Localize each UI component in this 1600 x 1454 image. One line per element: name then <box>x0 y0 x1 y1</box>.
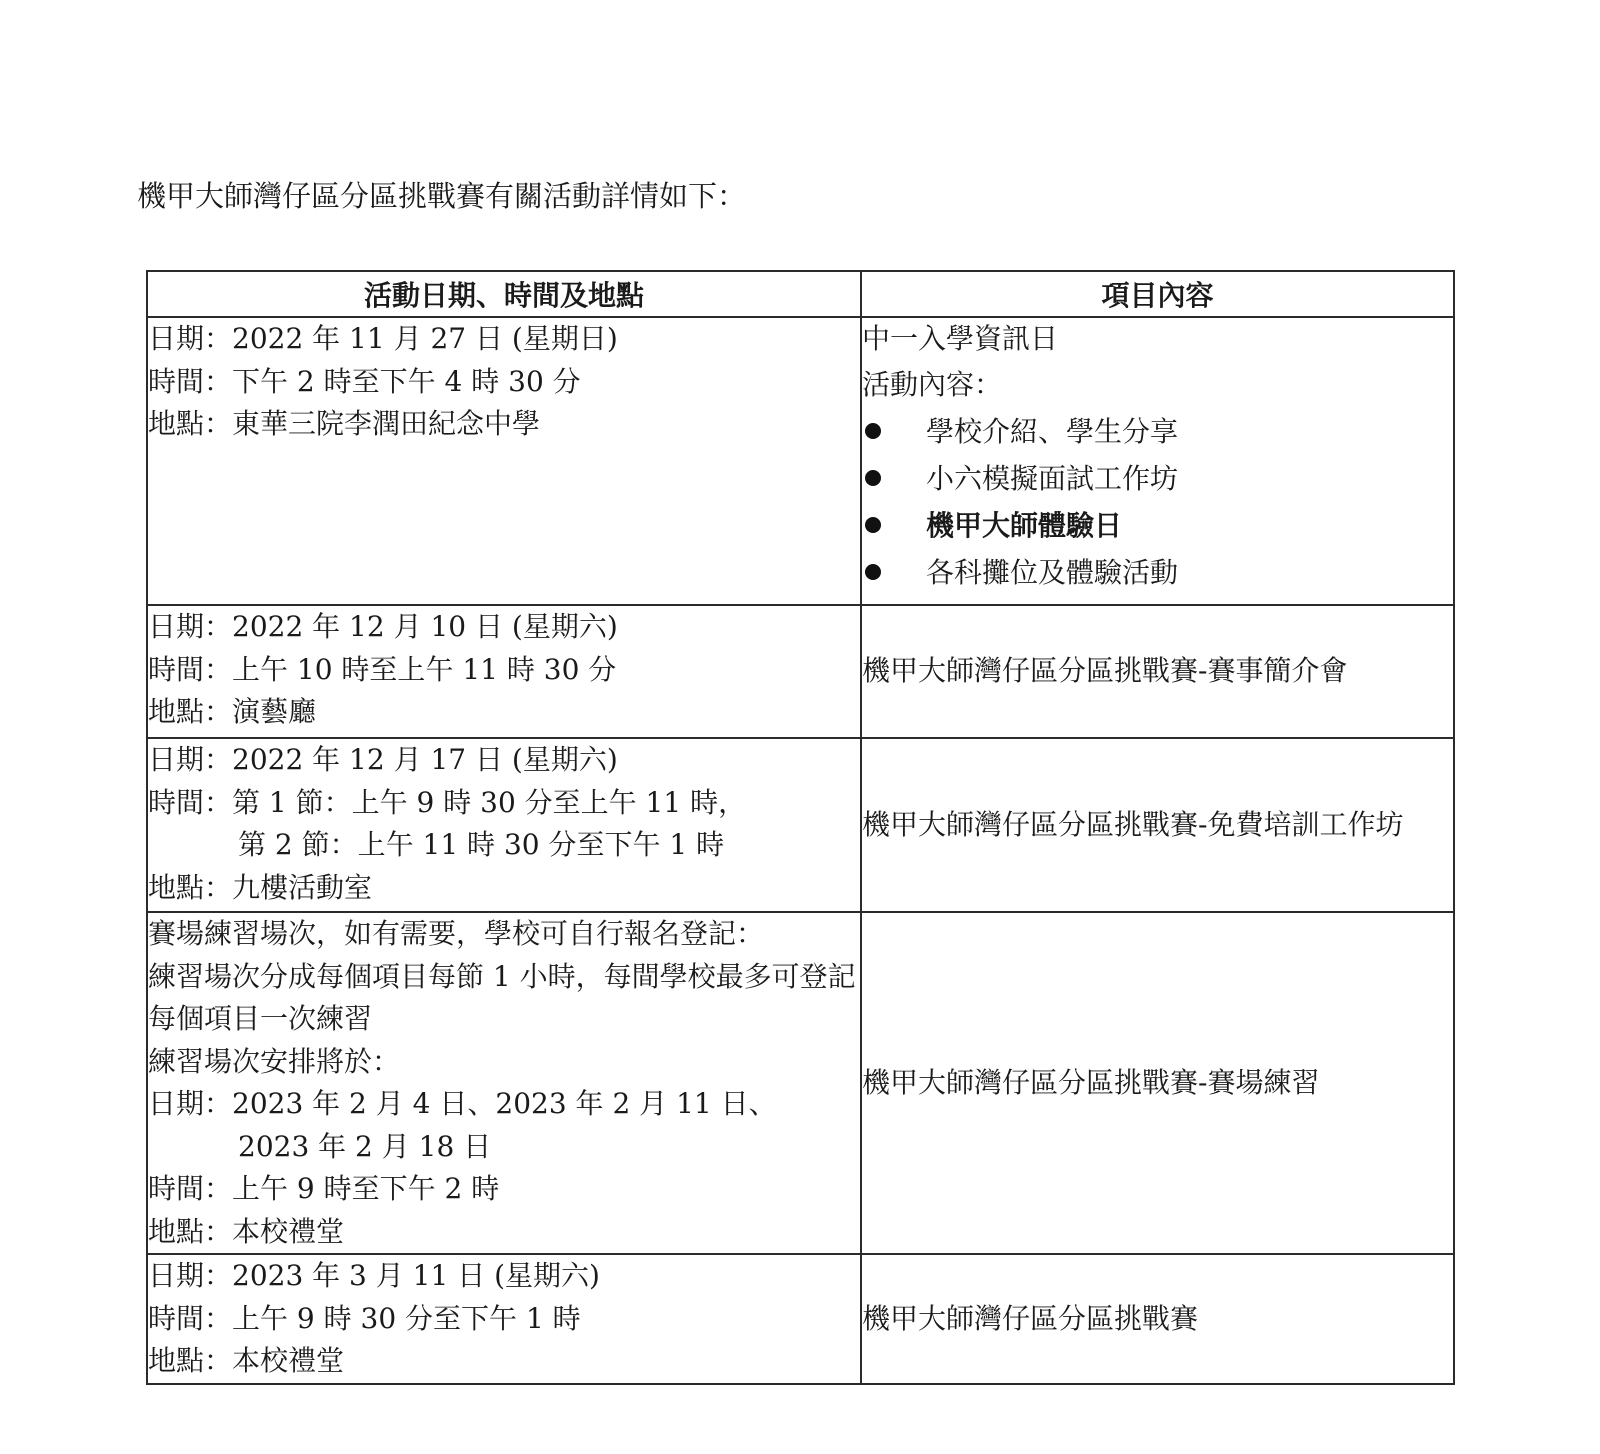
time-line: 時間：上午 9 時至下午 2 時 <box>148 1168 860 1211</box>
column-header-date-time-venue: 活動日期、時間及地點 <box>147 271 861 317</box>
item-title: 機甲大師灣仔區分區挑戰賽-賽事簡介會 <box>862 650 1453 693</box>
list-item: 小六模擬面試工作坊 <box>862 455 1453 502</box>
date-line-continued: 2023 年 2 月 18 日 <box>148 1126 860 1169</box>
column-header-item-content: 項目內容 <box>861 271 1454 317</box>
venue-line: 地點：東華三院李潤田紀念中學 <box>148 403 860 446</box>
date-time-venue-cell: 賽場練習場次，如有需要，學校可自行報名登記： 練習場次分成每個項目每節 1 小時… <box>147 912 861 1254</box>
table-row: 賽場練習場次，如有需要，學校可自行報名登記： 練習場次分成每個項目每節 1 小時… <box>147 912 1454 1254</box>
practice-note: 練習場次分成每個項目每節 1 小時，每間學校最多可登記每個項目一次練習 <box>148 956 860 1041</box>
time-line: 時間：下午 2 時至下午 4 時 30 分 <box>148 361 860 404</box>
time-line-continued: 第 2 節：上午 11 時 30 分至下午 1 時 <box>148 824 860 867</box>
time-line: 時間：第 1 節：上午 9 時 30 分至上午 11 時， <box>148 782 860 825</box>
list-item-text: 學校介紹、學生分享 <box>926 408 1178 455</box>
date-line: 日期：2023 年 2 月 4 日、2023 年 2 月 11 日、 <box>148 1083 860 1126</box>
item-subtitle: 活動內容： <box>862 361 1453 408</box>
date-line: 日期：2022 年 12 月 10 日 (星期六) <box>148 606 860 649</box>
item-content-cell: 機甲大師灣仔區分區挑戰賽-賽事簡介會 <box>861 605 1454 738</box>
table-row: 日期：2023 年 3 月 11 日 (星期六) 時間：上午 9 時 30 分至… <box>147 1254 1454 1384</box>
date-time-venue-cell: 日期：2023 年 3 月 11 日 (星期六) 時間：上午 9 時 30 分至… <box>147 1254 861 1384</box>
date-line: 日期：2022 年 11 月 27 日 (星期日) <box>148 318 860 361</box>
item-title: 機甲大師灣仔區分區挑戰賽 <box>862 1298 1453 1341</box>
bullet-icon <box>865 564 881 580</box>
table-row: 日期：2022 年 12 月 10 日 (星期六) 時間：上午 10 時至上午 … <box>147 605 1454 738</box>
item-title: 中一入學資訊日 <box>862 318 1453 361</box>
venue-line: 地點：演藝廳 <box>148 691 860 734</box>
bullet-icon <box>865 470 881 486</box>
table-row: 日期：2022 年 12 月 17 日 (星期六) 時間：第 1 節：上午 9 … <box>147 738 1454 912</box>
time-line: 時間：上午 10 時至上午 11 時 30 分 <box>148 649 860 692</box>
date-time-venue-cell: 日期：2022 年 11 月 27 日 (星期日) 時間：下午 2 時至下午 4… <box>147 317 861 605</box>
list-item-text-bold: 機甲大師體驗日 <box>926 502 1122 549</box>
intro-heading: 機甲大師灣仔區分區挑戰賽有關活動詳情如下： <box>137 176 746 216</box>
venue-line: 地點：本校禮堂 <box>148 1211 860 1254</box>
table-row: 日期：2022 年 11 月 27 日 (星期日) 時間：下午 2 時至下午 4… <box>147 317 1454 605</box>
bullet-icon <box>865 517 881 533</box>
date-line: 日期：2022 年 12 月 17 日 (星期六) <box>148 739 860 782</box>
item-content-cell: 機甲大師灣仔區分區挑戰賽 <box>861 1254 1454 1384</box>
item-content-cell: 機甲大師灣仔區分區挑戰賽-免費培訓工作坊 <box>861 738 1454 912</box>
time-line: 時間：上午 9 時 30 分至下午 1 時 <box>148 1298 860 1341</box>
list-item: 各科攤位及體驗活動 <box>862 549 1453 596</box>
date-time-venue-cell: 日期：2022 年 12 月 17 日 (星期六) 時間：第 1 節：上午 9 … <box>147 738 861 912</box>
activity-schedule-table: 活動日期、時間及地點 項目內容 日期：2022 年 11 月 27 日 (星期日… <box>146 270 1455 1385</box>
item-title: 機甲大師灣仔區分區挑戰賽-賽場練習 <box>862 1062 1453 1105</box>
date-line: 日期：2023 年 3 月 11 日 (星期六) <box>148 1255 860 1298</box>
venue-line: 地點：九樓活動室 <box>148 867 860 910</box>
venue-line: 地點：本校禮堂 <box>148 1340 860 1383</box>
practice-note: 賽場練習場次，如有需要，學校可自行報名登記： <box>148 913 860 956</box>
date-time-venue-cell: 日期：2022 年 12 月 10 日 (星期六) 時間：上午 10 時至上午 … <box>147 605 861 738</box>
item-title: 機甲大師灣仔區分區挑戰賽-免費培訓工作坊 <box>862 804 1453 847</box>
practice-note: 練習場次安排將於： <box>148 1041 860 1084</box>
bullet-icon <box>865 423 881 439</box>
table-header-row: 活動日期、時間及地點 項目內容 <box>147 271 1454 317</box>
item-content-cell: 機甲大師灣仔區分區挑戰賽-賽場練習 <box>861 912 1454 1254</box>
list-item: 學校介紹、學生分享 <box>862 408 1453 455</box>
list-item-text: 各科攤位及體驗活動 <box>926 549 1178 596</box>
item-content-cell: 中一入學資訊日 活動內容： 學校介紹、學生分享 小六模擬面試工作坊 機甲大師體驗… <box>861 317 1454 605</box>
list-item-text: 小六模擬面試工作坊 <box>926 455 1178 502</box>
list-item: 機甲大師體驗日 <box>862 502 1453 549</box>
